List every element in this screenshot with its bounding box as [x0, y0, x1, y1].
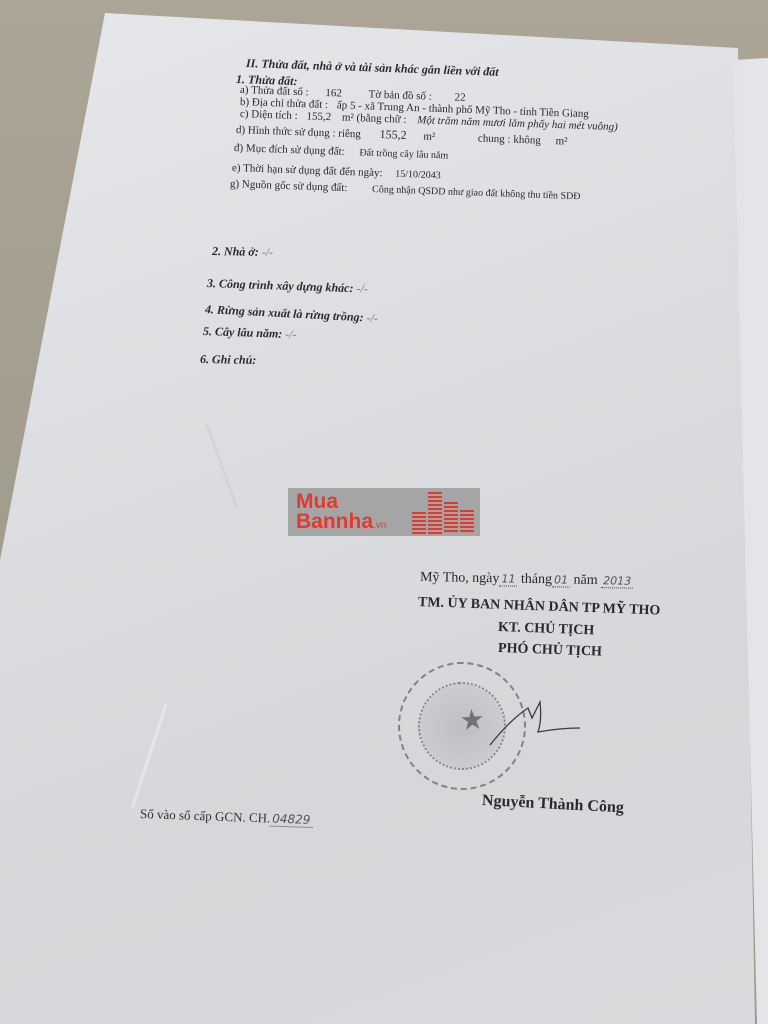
origin-row: g) Nguồn gốc sử dụng đất: Công nhận QSDD…	[230, 178, 581, 202]
signer-role-1: KT. CHỦ TỊCH	[498, 620, 595, 639]
signer-role-2: PHÓ CHỦ TỊCH	[498, 641, 602, 661]
date-year: 2013	[601, 574, 633, 589]
date-month-label: tháng	[521, 572, 552, 588]
watermark-brand-line2: Bannha.vn	[296, 512, 386, 536]
perennial-trees-value: -/-	[285, 327, 297, 341]
parcel-number-value: 162	[325, 87, 342, 100]
other-construction-label: 3. Công trình xây dựng khác:	[207, 276, 354, 295]
perennial-trees-item: 5. Cây lâu năm: -/-	[203, 324, 297, 342]
place-date-prefix: Mỹ Tho, ngày	[420, 570, 500, 586]
perennial-trees-label: 5. Cây lâu năm:	[203, 324, 283, 341]
shared-area-label: chung : không	[478, 132, 541, 146]
notes-label: 6. Ghi chú:	[200, 352, 257, 367]
term-label: e) Thời hạn sử dụng đất đến ngày:	[232, 162, 383, 179]
watermark-logo: Mua Bannha.vn	[288, 488, 480, 536]
watermark-brand-text: Bannha	[296, 510, 373, 533]
origin-label: g) Nguồn gốc sử dụng đất:	[230, 178, 348, 194]
planted-forest-value: -/-	[366, 310, 378, 325]
date-year-label: năm	[573, 573, 597, 588]
house-item: 2. Nhà ở: -/-	[212, 244, 273, 260]
origin-value: Công nhận QSDD như giao đất không thu ti…	[372, 184, 581, 202]
date-month: 01	[552, 573, 570, 587]
purpose-value: Đất trồng cây lâu năm	[359, 147, 448, 161]
area-unit: m² (bằng chữ :	[342, 112, 407, 126]
map-sheet-value: 22	[454, 91, 465, 103]
other-construction-value: -/-	[356, 281, 368, 295]
notes-item: 6. Ghi chú:	[200, 352, 257, 368]
handwritten-signature	[480, 690, 590, 750]
watermark-brand-line1: Mua	[296, 492, 338, 512]
registry-number-row: Số vào sổ cấp GCN. CH.04829	[140, 806, 313, 828]
planted-forest-item: 4. Rừng sản xuất là rừng trồng: -/-	[205, 302, 379, 326]
registry-label: Số vào sổ cấp GCN. CH.	[140, 806, 271, 826]
area-value: 155,2	[306, 110, 331, 123]
shared-area-unit: m²	[555, 135, 567, 147]
purpose-row: đ) Mục đích sử dụng đất: Đất trồng cây l…	[234, 142, 449, 161]
planted-forest-label: 4. Rừng sản xuất là rừng trồng:	[205, 302, 364, 324]
area-label: c) Diện tích :	[240, 108, 298, 122]
registry-value: 04829	[270, 812, 313, 828]
usage-form-label: d) Hình thức sử dụng : riêng	[236, 124, 361, 140]
private-area-unit: m²	[423, 131, 435, 143]
house-value: -/-	[262, 245, 274, 259]
private-area-value: 155,2	[379, 127, 406, 142]
house-label: 2. Nhà ở:	[212, 244, 259, 259]
place-date: Mỹ Tho, ngày11 tháng01 năm 2013	[420, 570, 633, 590]
other-construction-item: 3. Công trình xây dựng khác: -/-	[207, 276, 368, 297]
term-value: 15/10/2043	[395, 169, 441, 182]
issuing-authority: TM. ỦY BAN NHÂN DÂN TP MỸ THO	[418, 595, 661, 619]
watermark-suffix: .vn	[373, 520, 386, 531]
signer-name: Nguyễn Thành Công	[482, 792, 625, 817]
date-day: 11	[499, 572, 517, 586]
purpose-label: đ) Mục đích sử dụng đất:	[234, 142, 345, 158]
